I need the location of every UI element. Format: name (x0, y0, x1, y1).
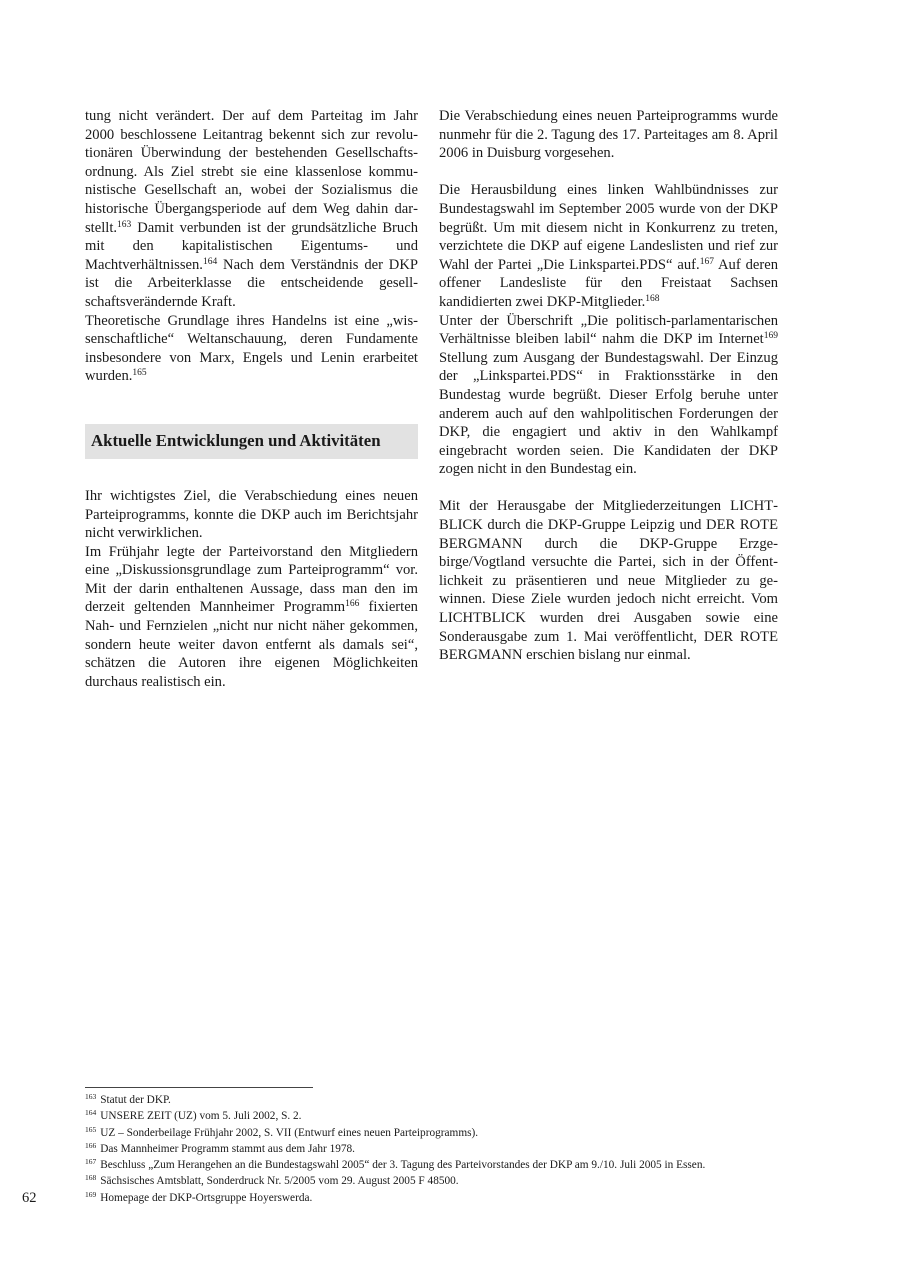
footnote-164: 164UNSERE ZEIT (UZ) vom 5. Juli 2002, S.… (85, 1108, 805, 1124)
paragraph-text: Ihr wichtigstes Ziel, die Verabschiedung… (85, 488, 418, 541)
footnote-number: 165 (85, 1125, 96, 1134)
paragraph-text: Stellung zum Ausgang der Bundestagswahl.… (439, 350, 778, 478)
paragraph-text: Mit der Herausgabe der Mitgliederzeitung… (439, 498, 778, 663)
footnote-165: 165UZ – Sonderbeilage Frühjahr 2002, S. … (85, 1125, 805, 1141)
footnote-ref[interactable]: 168 (645, 294, 659, 304)
footnote-text: UZ – Sonderbeilage Frühjahr 2002, S. VII… (100, 1127, 478, 1139)
footnote-166: 166Das Mannheimer Programm stammt aus de… (85, 1141, 805, 1157)
left-column: tung nicht verändert. Der auf dem Partei… (85, 107, 418, 691)
footnote-ref[interactable]: 169 (764, 331, 778, 341)
paragraph: Die Herausbildung eines linken Wahlbündn… (439, 181, 778, 311)
paragraph-text: Die Verabschiedung eines neuen Parteipro… (439, 108, 778, 161)
paragraph: Ihr wichtigstes Ziel, die Verabschiedung… (85, 487, 418, 543)
footnote-text: Statut der DKP. (100, 1094, 171, 1106)
footnote-text: Homepage der DKP-Ortsgruppe Hoyerswerda. (100, 1192, 312, 1204)
paragraph: Die Verabschiedung eines neuen Parteipro… (439, 107, 778, 163)
footnote-167: 167Beschluss „Zum Herangehen an die Bund… (85, 1157, 805, 1173)
footnote-ref[interactable]: 166 (345, 599, 359, 609)
footnote-text: Das Mannheimer Programm stammt aus dem J… (100, 1143, 355, 1155)
paragraph: Mit der Herausgabe der Mitgliederzeitung… (439, 497, 778, 664)
footnote-number: 167 (85, 1157, 96, 1166)
footnote-ref[interactable]: 163 (117, 220, 131, 230)
footnote-169: 169Homepage der DKP-Ortsgruppe Hoyerswer… (85, 1190, 805, 1206)
footnote-text: Beschluss „Zum Herangehen an die Bundest… (100, 1159, 705, 1171)
footnote-number: 163 (85, 1092, 96, 1101)
footnote-ref[interactable]: 165 (132, 368, 146, 378)
footnote-number: 166 (85, 1141, 96, 1150)
footnotes: 163Statut der DKP. 164UNSERE ZEIT (UZ) v… (85, 1092, 805, 1206)
footnote-ref[interactable]: 167 (700, 257, 714, 267)
paragraph-text: Unter der Überschrift „Die politisch-par… (439, 313, 778, 348)
paragraph: tung nicht verändert. Der auf dem Partei… (85, 107, 418, 312)
footnote-ref[interactable]: 164 (203, 257, 217, 267)
footnote-text: UNSERE ZEIT (UZ) vom 5. Juli 2002, S. 2. (100, 1110, 301, 1122)
footnote-number: 169 (85, 1190, 96, 1199)
footnote-number: 168 (85, 1173, 96, 1182)
paragraph: Im Frühjahr legte der Parteivorstand den… (85, 543, 418, 692)
paragraph: Theoretische Grundlage ihres Handelns is… (85, 312, 418, 386)
footnote-text: Sächsisches Amtsblatt, Sonderdruck Nr. 5… (100, 1175, 458, 1187)
section-heading: Aktuelle Entwicklungen und Aktivitäten (85, 424, 418, 459)
right-column: Die Verabschiedung eines neuen Parteipro… (439, 107, 778, 665)
footnote-168: 168Sächsisches Amtsblatt, Sonderdruck Nr… (85, 1173, 805, 1189)
footnote-number: 164 (85, 1108, 96, 1117)
paragraph: Unter der Überschrift „Die politisch-par… (439, 312, 778, 479)
paragraph-text: tung nicht verändert. Der auf dem Partei… (85, 108, 418, 236)
footnote-divider (85, 1087, 313, 1088)
page-number: 62 (22, 1190, 37, 1207)
footnote-163: 163Statut der DKP. (85, 1092, 805, 1108)
